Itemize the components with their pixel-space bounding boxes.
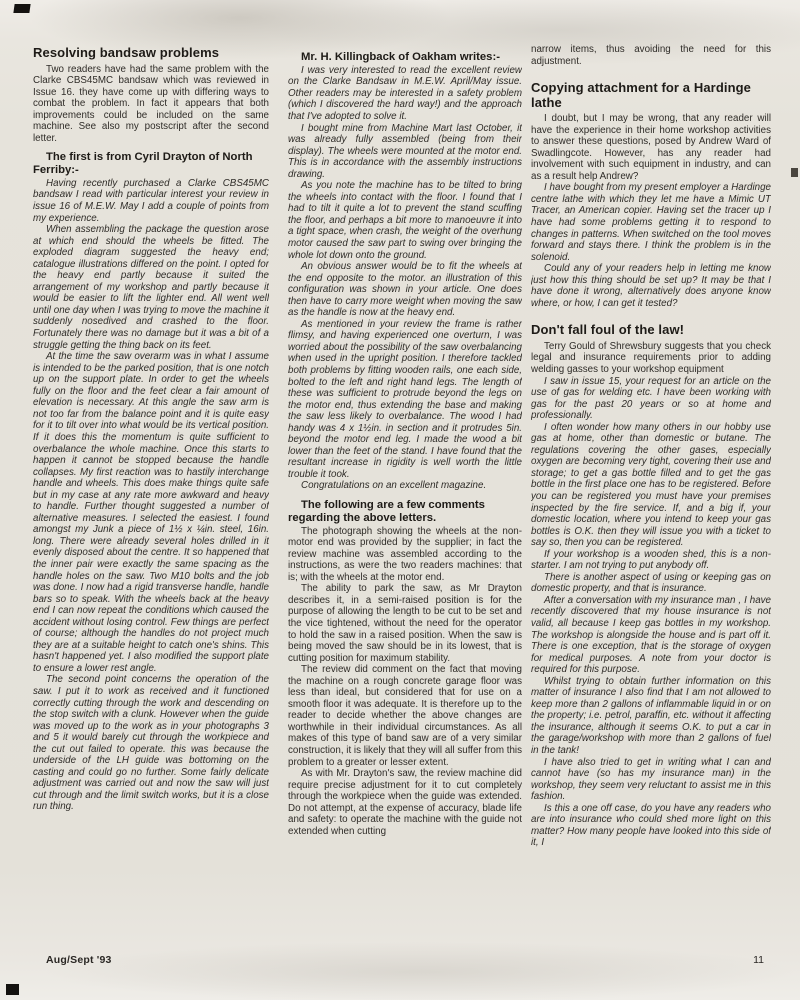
para-3-8: I saw in issue 15, your request for an a… bbox=[531, 376, 771, 422]
para-2-5: An obvious answer would be to fit the wh… bbox=[288, 261, 522, 319]
text-column-2: Mr. H. Killingback of Oakham writes:-I w… bbox=[288, 44, 522, 956]
scan-mark-top-left bbox=[13, 4, 30, 13]
para-3-4: I have bought from my present employer a… bbox=[531, 182, 771, 263]
para-2-6: As mentioned in your review the frame is… bbox=[288, 319, 522, 481]
para-3-9: I often wonder how many others in our ho… bbox=[531, 422, 771, 549]
para-3-7: Terry Gould of Shrewsbury suggests that … bbox=[531, 341, 771, 376]
text-column-3: narrow items, thus avoiding the need for… bbox=[531, 44, 771, 956]
scan-mark-right-edge bbox=[791, 168, 798, 177]
para-1-5: When assembling the package the question… bbox=[33, 224, 269, 351]
para-2-10: The ability to park the saw, as Mr Drayt… bbox=[288, 583, 522, 664]
para-2-2: I was very interested to read the excell… bbox=[288, 65, 522, 123]
text-column-1: Resolving bandsaw problemsTwo readers ha… bbox=[33, 44, 269, 956]
footer-issue-date: Aug/Sept '93 bbox=[46, 954, 112, 966]
para-1-4: Having recently purchased a Clarke CBS45… bbox=[33, 178, 269, 224]
para-3-5: Could any of your readers help in lettin… bbox=[531, 263, 771, 309]
para-3-15: Is this a one off case, do you have any … bbox=[531, 803, 771, 849]
para-3-3: I doubt, but I may be wrong, that any re… bbox=[531, 113, 771, 182]
para-2-3: I bought mine from Machine Mart last Oct… bbox=[288, 123, 522, 181]
para-3-10: If your workshop is a wooden shed, this … bbox=[531, 549, 771, 572]
para-3-11: There is another aspect of using or keep… bbox=[531, 572, 771, 595]
para-2-9: The photograph showing the wheels at the… bbox=[288, 526, 522, 584]
para-3-14: I have also tried to get in writing what… bbox=[531, 757, 771, 803]
editor-comments-intro: The following are a few comments regardi… bbox=[288, 499, 522, 525]
first-letter-intro: The first is from Cyril Drayton of North… bbox=[33, 151, 269, 177]
resolving-bandsaw-problems: Resolving bandsaw problems bbox=[33, 44, 269, 61]
para-2-11: The review did comment on the fact that … bbox=[288, 664, 522, 768]
second-letter-intro: Mr. H. Killingback of Oakham writes:- bbox=[288, 51, 522, 64]
para-3-12: After a conversation with my insurance m… bbox=[531, 595, 771, 676]
para-1-7: The second point concerns the operation … bbox=[33, 674, 269, 813]
copying-attachment-heading: Copying attachment for a Hardinge lathe bbox=[531, 79, 771, 110]
para-1-2: Two readers have had the same problem wi… bbox=[33, 64, 269, 145]
para-2-12: As with Mr. Drayton's saw, the review ma… bbox=[288, 768, 522, 837]
dont-fall-foul-heading: Don't fall foul of the law! bbox=[531, 321, 771, 338]
scan-mark-bottom-left bbox=[6, 984, 19, 995]
para-2-7: Congratulations on an excellent magazine… bbox=[288, 480, 522, 492]
page-number: 11 bbox=[744, 954, 764, 966]
para-1-6: At the time the saw overarm was in what … bbox=[33, 351, 269, 674]
para-3-13: Whilst trying to obtain further informat… bbox=[531, 676, 771, 757]
para-3-1: narrow items, thus avoiding the need for… bbox=[531, 44, 771, 67]
para-2-4: As you note the machine has to be tilted… bbox=[288, 180, 522, 261]
magazine-page: Resolving bandsaw problemsTwo readers ha… bbox=[0, 0, 800, 1000]
